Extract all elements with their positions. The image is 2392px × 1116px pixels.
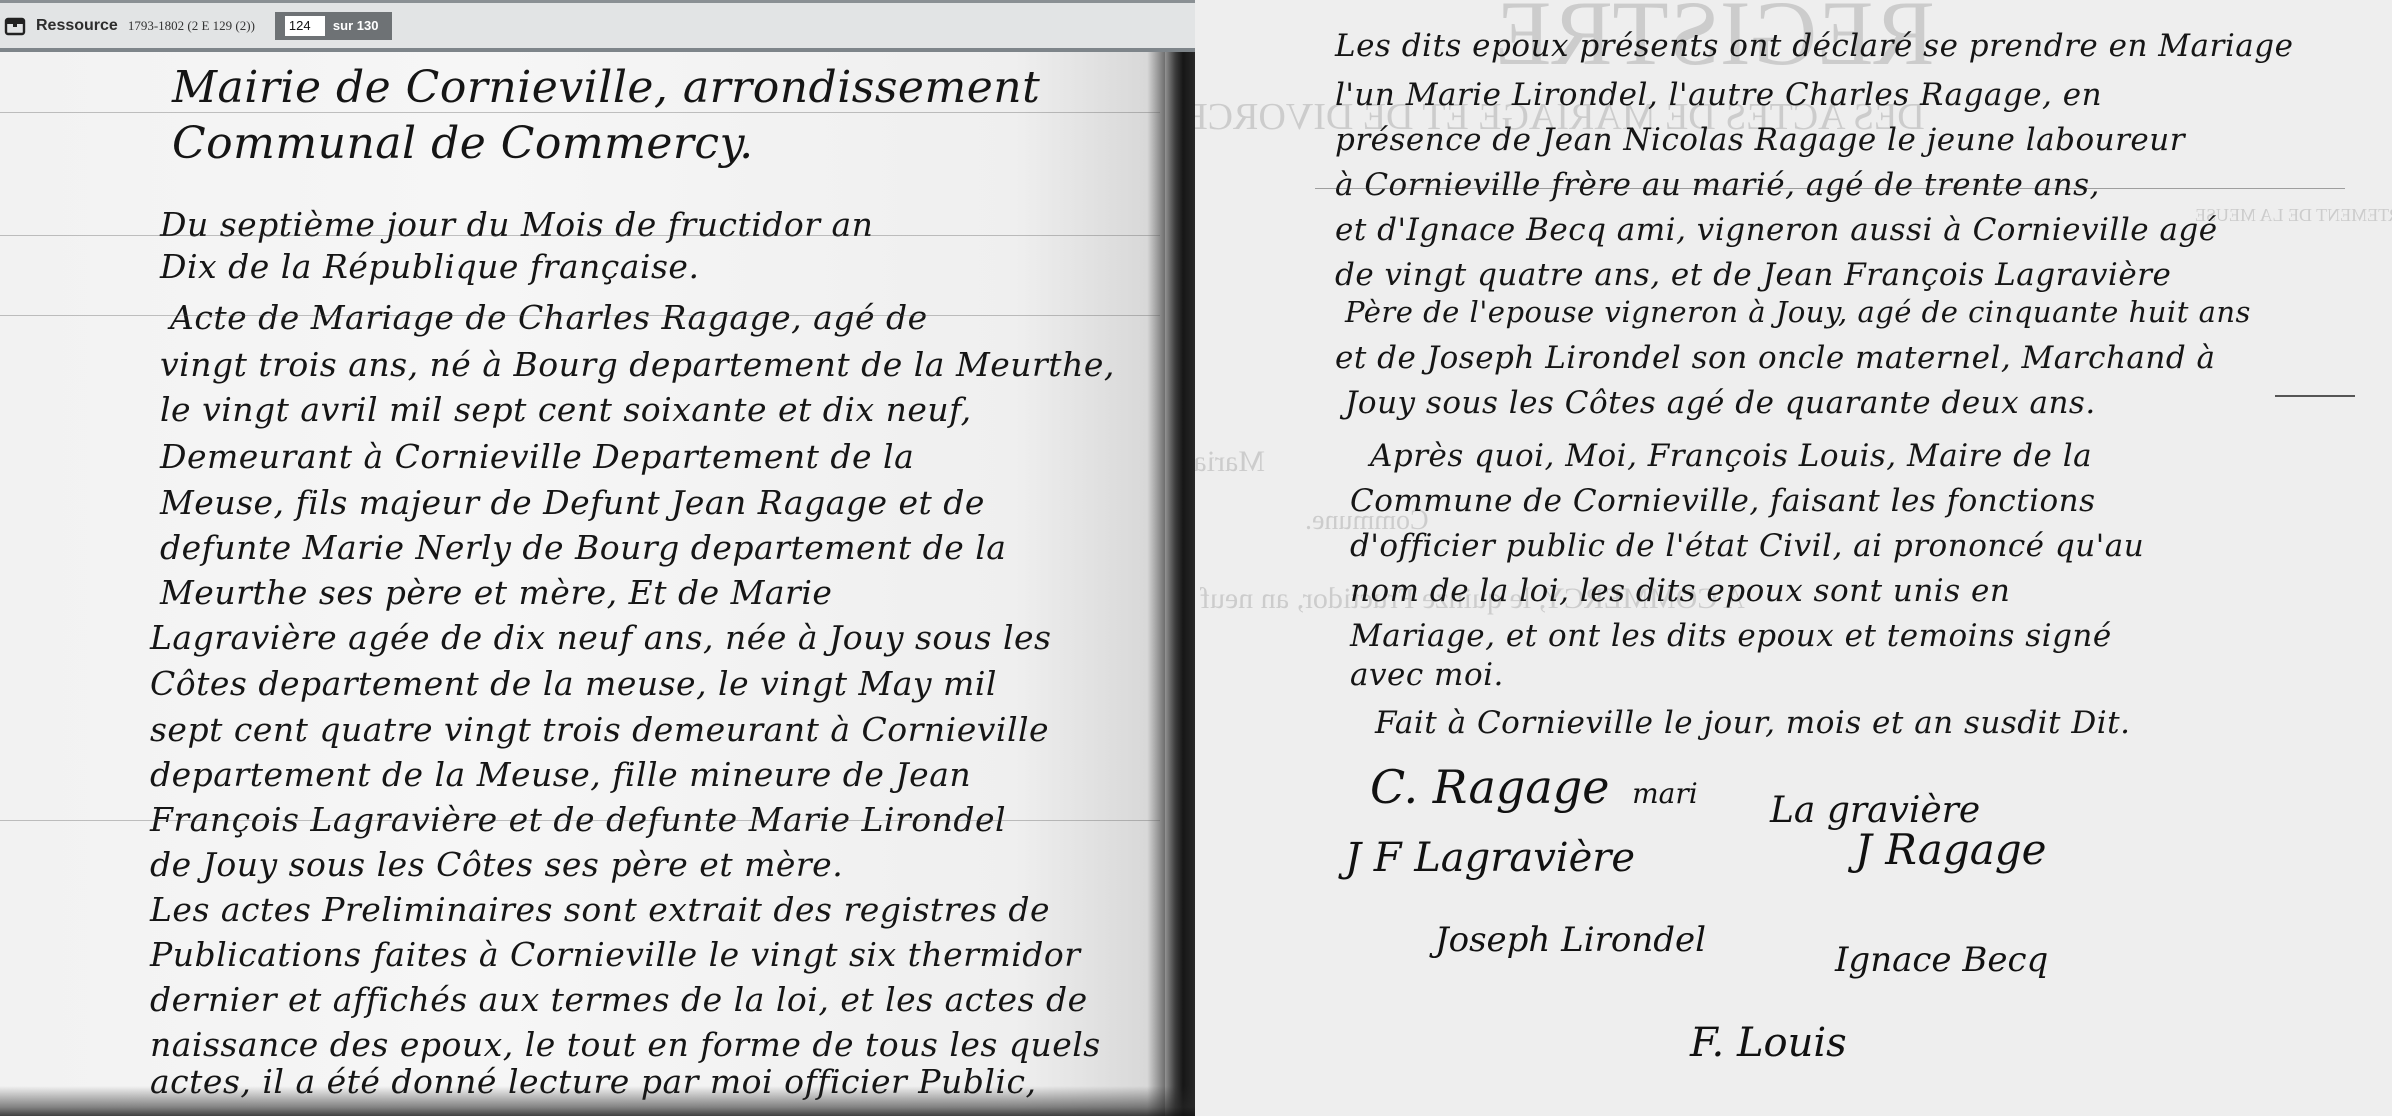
manuscript-line: Côtes departement de la meuse, le vingt … bbox=[150, 664, 997, 703]
manuscript-line: Les dits epoux présents ont déclaré se p… bbox=[1335, 28, 2293, 64]
page-ruling bbox=[0, 235, 1160, 236]
page-ruling bbox=[0, 315, 1160, 316]
ghost-print-text: Mariage bbox=[1195, 445, 1265, 479]
manuscript-line: et de Joseph Lirondel son oncle maternel… bbox=[1335, 340, 2216, 376]
signature-witness: J F Lagravière bbox=[1345, 835, 1635, 881]
page-ruling bbox=[1315, 188, 2345, 189]
manuscript-line: Mariage, et ont les dits epoux et temoin… bbox=[1350, 618, 2112, 654]
manuscript-line: Demeurant à Cornieville Departement de l… bbox=[160, 437, 914, 476]
manuscript-line: le vingt avril mil sept cent soixante et… bbox=[160, 390, 972, 429]
manuscript-line: d'officier public de l'état Civil, ai pr… bbox=[1350, 528, 2144, 564]
manuscript-line: actes, il a été donné lecture par moi of… bbox=[150, 1062, 1036, 1101]
manuscript-line: Acte de Mariage de Charles Ragage, agé d… bbox=[170, 298, 928, 337]
resource-reference: 1793-1802 (2 E 129 (2)) bbox=[128, 18, 255, 34]
manuscript-line: nom de la loi, les dits epoux sont unis … bbox=[1350, 573, 2010, 609]
manuscript-line: Père de l'epouse vigneron à Jouy, agé de… bbox=[1345, 295, 2251, 329]
signature-witness: Ignace Becq bbox=[1835, 940, 2048, 980]
resource-title: Ressource bbox=[36, 17, 118, 35]
manuscript-line: Meuse, fils majeur de Defunt Jean Ragage… bbox=[160, 483, 985, 522]
manuscript-line: Fait à Cornieville le jour, mois et an s… bbox=[1375, 705, 2130, 741]
manuscript-line: à Cornieville frère au marié, agé de tre… bbox=[1335, 167, 2100, 203]
signature-groom: C. Ragage mari bbox=[1370, 760, 1698, 814]
manuscript-line: présence de Jean Nicolas Ragage le jeune… bbox=[1335, 122, 2185, 158]
manuscript-line: avec moi. bbox=[1350, 657, 1504, 693]
manuscript-line: Du septième jour du Mois de fructidor an bbox=[160, 205, 873, 244]
book-gutter-shadow bbox=[1165, 50, 1195, 1116]
page-ruling bbox=[0, 112, 1160, 113]
manuscript-line: dernier et affichés aux termes de la loi… bbox=[150, 980, 1088, 1019]
signature-witness: Joseph Lirondel bbox=[1435, 920, 1706, 960]
manuscript-line: naissance des epoux, le tout en forme de… bbox=[150, 1025, 1101, 1064]
manuscript-line: Jouy sous les Côtes agé de quarante deux… bbox=[1345, 385, 2096, 421]
page-heading-line-1: Mairie de Cornieville, arrondissement bbox=[172, 62, 1040, 113]
manuscript-line: defunte Marie Nerly de Bourg departement… bbox=[160, 528, 1006, 567]
ghost-print-text: DÉPARTEMENT DE LA MEUSE bbox=[2195, 205, 2392, 226]
page-navigator: sur 130 bbox=[275, 12, 393, 40]
signature-role: mari bbox=[1632, 777, 1698, 810]
manuscript-line: Publications faites à Cornieville le vin… bbox=[150, 935, 1081, 974]
page-heading-line-2: Communal de Commercy. bbox=[172, 118, 754, 169]
right-document-page: REGISTRE DES ACTES DE MARIAGE ET DE DIVO… bbox=[1195, 0, 2392, 1116]
page-total-label: sur 130 bbox=[333, 18, 379, 33]
manuscript-line: departement de la Meuse, fille mineure d… bbox=[150, 755, 971, 794]
manuscript-line: sept cent quatre vingt trois demeurant à… bbox=[150, 710, 1049, 749]
left-document-page: Mairie de Cornieville, arrondissement Co… bbox=[0, 0, 1195, 1116]
manuscript-line: Lagravière agée de dix neuf ans, née à J… bbox=[150, 618, 1051, 657]
page-ruling bbox=[0, 820, 1160, 821]
page-number-input[interactable] bbox=[285, 16, 325, 36]
package-box-icon[interactable] bbox=[4, 16, 26, 36]
manuscript-line: Après quoi, Moi, François Louis, Maire d… bbox=[1370, 438, 2092, 474]
manuscript-line: vingt trois ans, né à Bourg departement … bbox=[160, 345, 1115, 384]
signature-name: C. Ragage bbox=[1370, 760, 1609, 814]
manuscript-line: Dix de la République française. bbox=[160, 247, 699, 286]
manuscript-line: de vingt quatre ans, et de Jean François… bbox=[1335, 257, 2171, 293]
manuscript-line: Les actes Preliminaires sont extrait des… bbox=[150, 890, 1050, 929]
signature-mayor: F. Louis bbox=[1690, 1020, 1847, 1066]
manuscript-line: Commune de Cornieville, faisant les fonc… bbox=[1350, 483, 2096, 519]
line-end-dash bbox=[2275, 395, 2355, 397]
manuscript-line: et d'Ignace Becq ami, vigneron aussi à C… bbox=[1335, 212, 2218, 248]
viewer-toolbar: Ressource 1793-1802 (2 E 129 (2)) sur 13… bbox=[0, 0, 1195, 52]
manuscript-line: l'un Marie Lirondel, l'autre Charles Rag… bbox=[1335, 77, 2102, 113]
signature-witness: J Ragage bbox=[1855, 825, 2046, 874]
manuscript-line: de Jouy sous les Côtes ses père et mère. bbox=[150, 845, 843, 884]
manuscript-line: Meurthe ses père et mère, Et de Marie bbox=[160, 573, 832, 612]
